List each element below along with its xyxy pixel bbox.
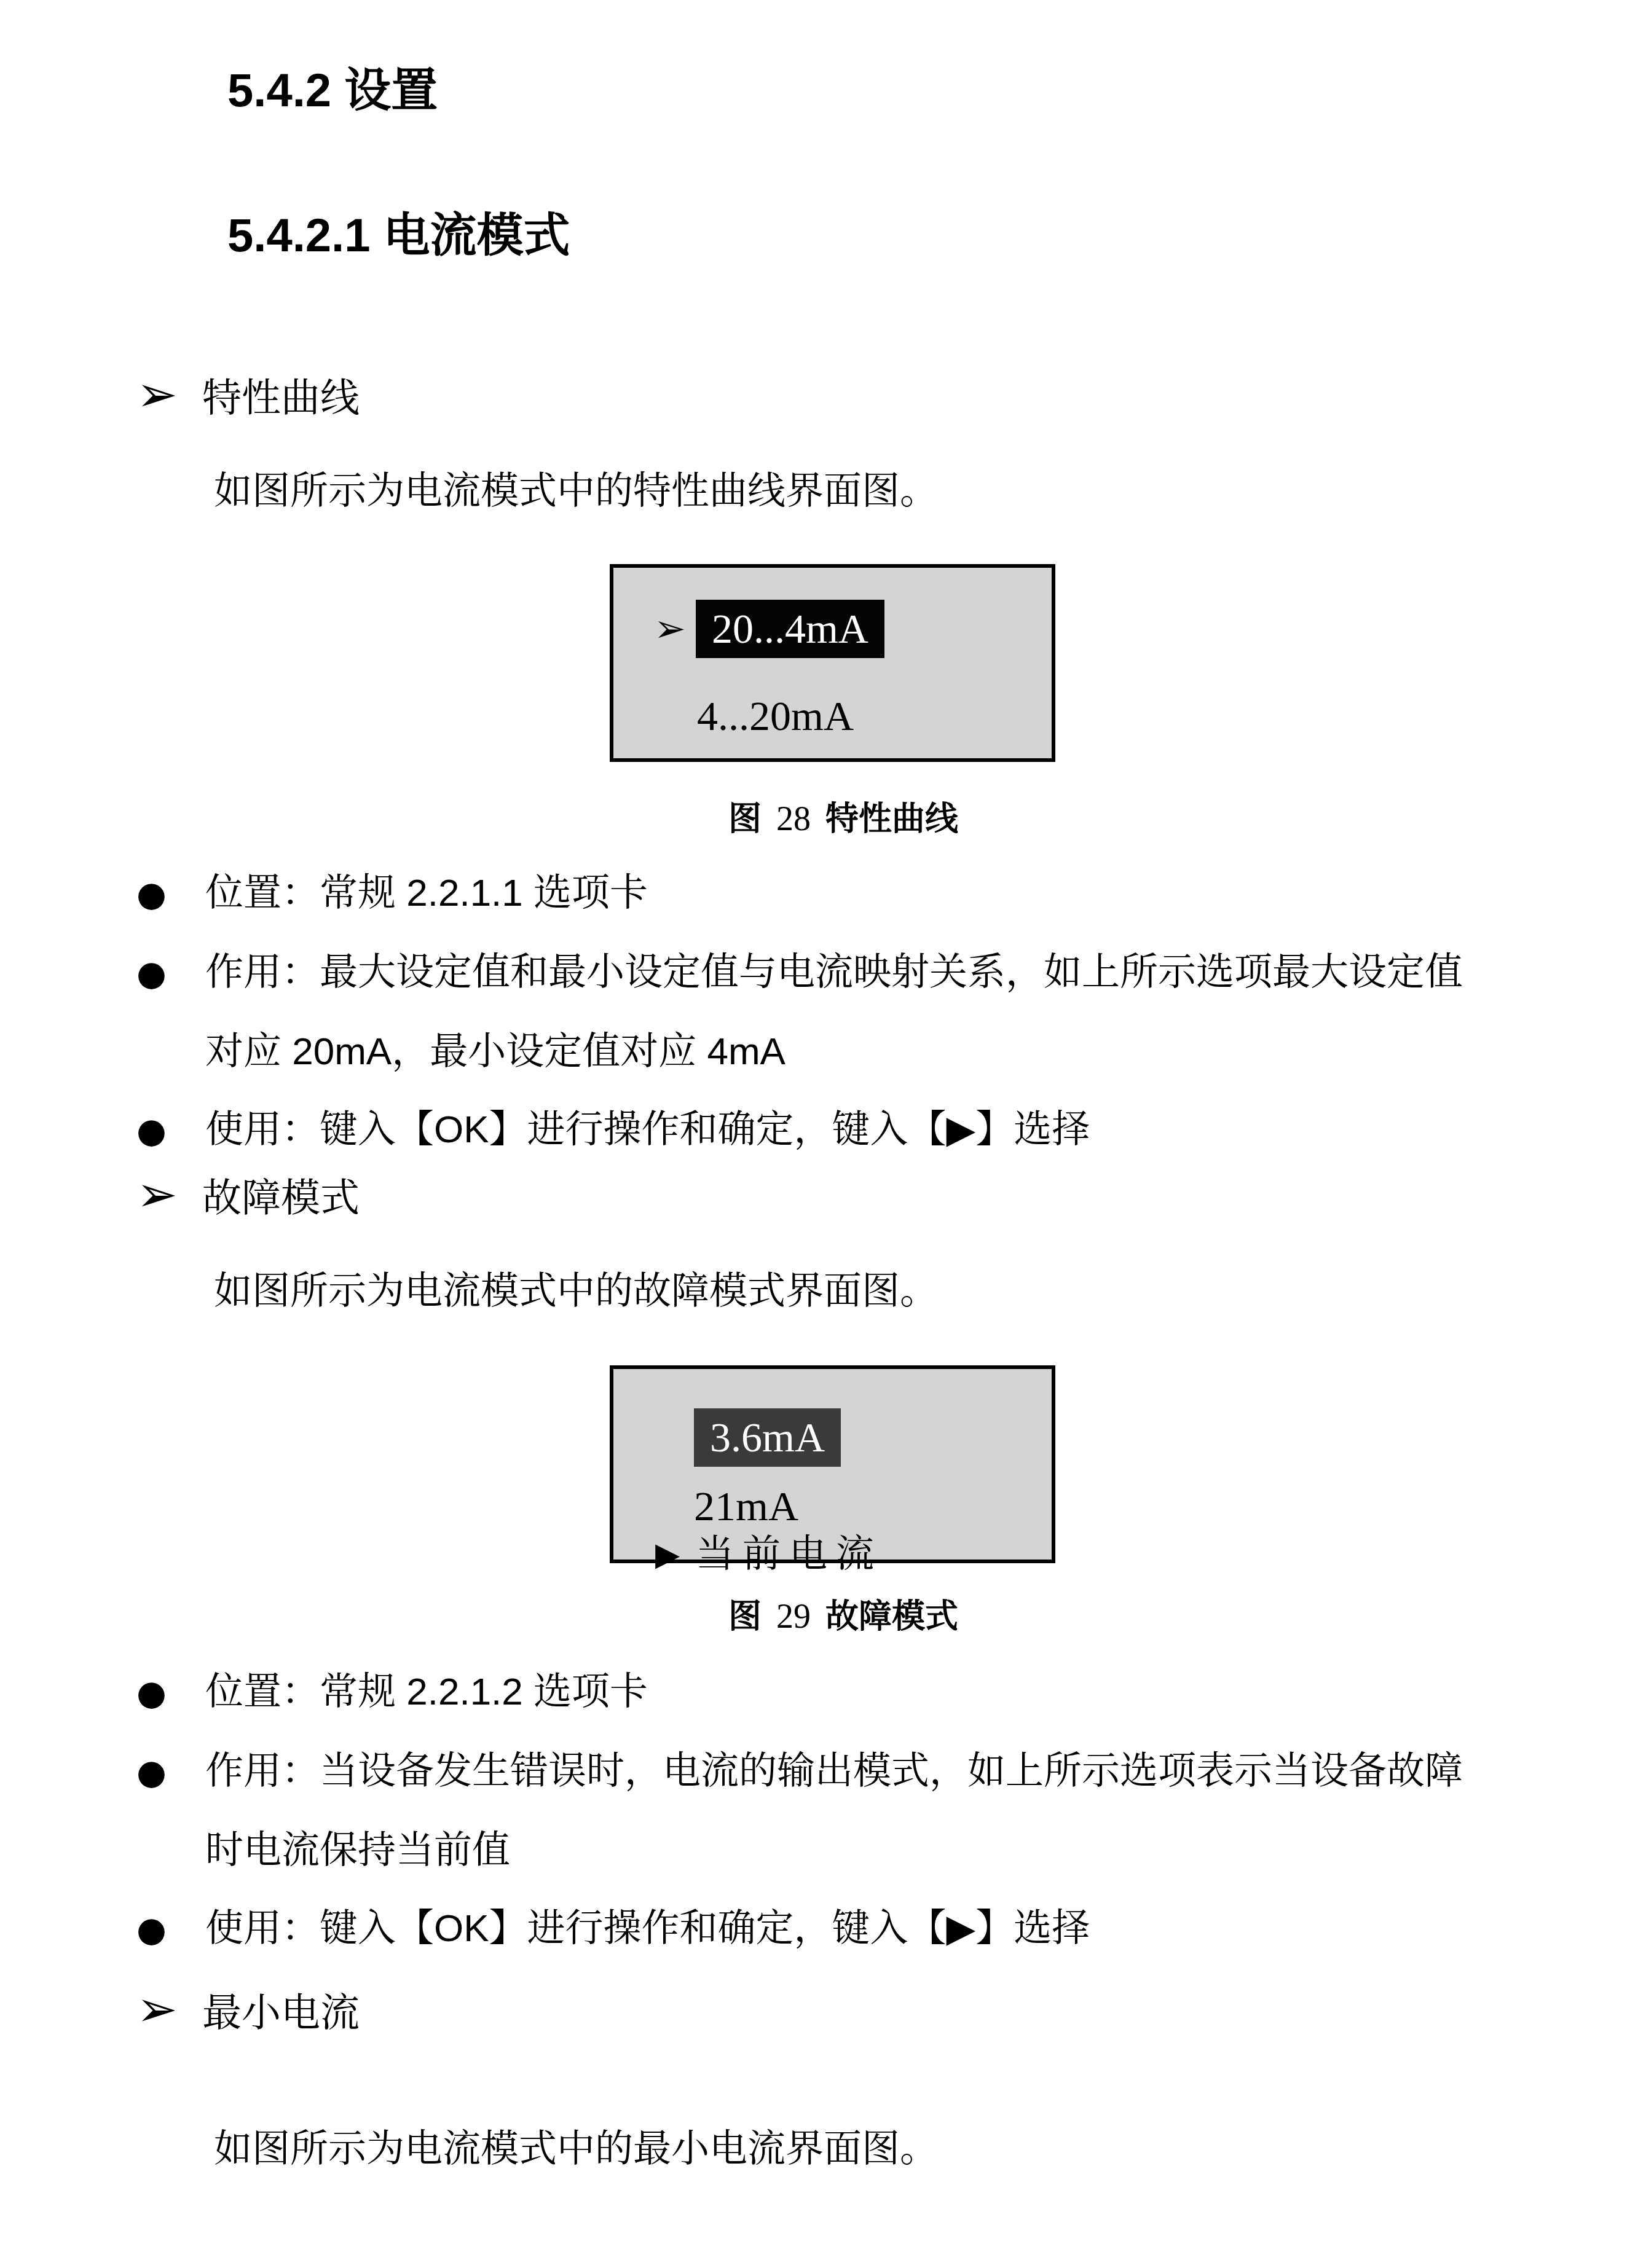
figure-title: 故障模式 — [825, 1590, 958, 1638]
menu-item-selected: 20...4mA — [696, 600, 884, 658]
list-item: ● 位置：常规 2.2.1.1 选项卡 — [136, 854, 1463, 933]
subsection-heading: 5.4.2.1 电流模式 — [227, 206, 570, 265]
list-item-text: 位置：常规 2.2.1.1 选项卡 — [205, 854, 648, 932]
arrow-bullet-icon: ➢ — [136, 1170, 178, 1219]
arrow-item-label: 特性曲线 — [202, 366, 360, 423]
figure-caption: 图 29 故障模式 — [610, 1590, 1077, 1638]
screen-menu-row: 21mA — [694, 1483, 798, 1529]
arrow-item-label: 故障模式 — [202, 1166, 360, 1223]
list-item-text: 对应 20mA，最小设定值对应 4mA — [205, 1013, 786, 1091]
document-page: 5.4.2 设置 5.4.2.1 电流模式 ➢ 特性曲线 如图所示为电流模式中的… — [0, 0, 1638, 2268]
arrow-bullet-icon: ➢ — [136, 370, 178, 419]
list-item-continuation: 对应 20mA，最小设定值对应 4mA — [136, 1013, 1463, 1091]
list-item: ● 使用：键入【OK】进行操作和确定，键入【▶】选择 — [136, 1091, 1463, 1170]
figure-label: 图 — [728, 793, 762, 840]
screen-menu-row: ➢ 20...4mA — [654, 600, 884, 658]
arrow-item-label: 最小电流 — [202, 1981, 360, 2038]
list-item: ● 作用：最大设定值和最小设定值与电流映射关系，如上所示选项最大设定值 — [136, 933, 1463, 1013]
intro-paragraph: 如图所示为电流模式中的故障模式界面图。 — [214, 1267, 938, 1317]
arrow-list-item-min-current: ➢ 最小电流 — [136, 1981, 360, 2038]
section-heading: 5.4.2 设置 — [227, 61, 438, 120]
round-bullet-icon: ● — [136, 1654, 205, 1732]
figure-label: 图 — [728, 1590, 762, 1638]
lcd-screen-figure-29: 3.6mA 21mA ▶ 当前电流 — [610, 1365, 1055, 1563]
intro-paragraph: 如图所示为电流模式中的最小电流界面图。 — [214, 2125, 938, 2175]
list-item: ● 作用：当设备发生错误时，电流的输出模式，如上所示选项表示当设备故障 — [136, 1732, 1463, 1811]
list-item-text: 位置：常规 2.2.1.2 选项卡 — [205, 1653, 648, 1731]
bullet-point-list: ● 位置：常规 2.2.1.2 选项卡 ● 作用：当设备发生错误时，电流的输出模… — [136, 1653, 1463, 1969]
figure-number: 28 — [776, 799, 811, 839]
screen-menu-row: 3.6mA — [694, 1408, 841, 1467]
list-item-text: 使用：键入【OK】进行操作和确定，键入【▶】选择 — [205, 1889, 1090, 1968]
lcd-screen-figure-28: ➢ 20...4mA 4...20mA — [610, 564, 1055, 762]
list-item-text: 使用：键入【OK】进行操作和确定，键入【▶】选择 — [205, 1091, 1090, 1169]
menu-item: 当前电流 — [696, 1534, 883, 1575]
arrow-bullet-icon: ➢ — [136, 1985, 178, 2034]
round-bullet-icon: ● — [136, 1092, 205, 1170]
screen-pointer-icon: ➢ — [654, 610, 686, 648]
screen-menu-row: 4...20mA — [697, 693, 854, 739]
round-bullet-icon: ● — [136, 1891, 205, 1969]
round-bullet-icon: ● — [136, 935, 205, 1013]
list-item-text: 时电流保持当前值 — [205, 1811, 510, 1889]
list-item: ● 使用：键入【OK】进行操作和确定，键入【▶】选择 — [136, 1889, 1463, 1969]
screen-pointer-icon: ▶ — [655, 1539, 680, 1571]
figure-caption: 图 28 特性曲线 — [610, 793, 1077, 840]
round-bullet-icon: ● — [136, 855, 205, 933]
arrow-list-item-fault-mode: ➢ 故障模式 — [136, 1166, 360, 1223]
menu-item-selected: 3.6mA — [694, 1408, 841, 1467]
round-bullet-icon: ● — [136, 1733, 205, 1811]
figure-number: 29 — [776, 1597, 811, 1636]
list-item: ● 位置：常规 2.2.1.2 选项卡 — [136, 1653, 1463, 1732]
menu-item: 4...20mA — [697, 693, 854, 739]
menu-item: 21mA — [694, 1483, 798, 1529]
list-item-text: 作用：最大设定值和最小设定值与电流映射关系，如上所示选项最大设定值 — [205, 933, 1463, 1011]
arrow-list-item-feature-curve: ➢ 特性曲线 — [136, 366, 360, 423]
screen-menu-row: ▶ 当前电流 — [655, 1534, 883, 1575]
figure-title: 特性曲线 — [825, 793, 958, 840]
list-item-text: 作用：当设备发生错误时，电流的输出模式，如上所示选项表示当设备故障 — [205, 1732, 1463, 1810]
bullet-point-list: ● 位置：常规 2.2.1.1 选项卡 ● 作用：最大设定值和最小设定值与电流映… — [136, 854, 1463, 1170]
list-item-continuation: 时电流保持当前值 — [136, 1811, 1463, 1889]
intro-paragraph: 如图所示为电流模式中的特性曲线界面图。 — [214, 467, 938, 517]
